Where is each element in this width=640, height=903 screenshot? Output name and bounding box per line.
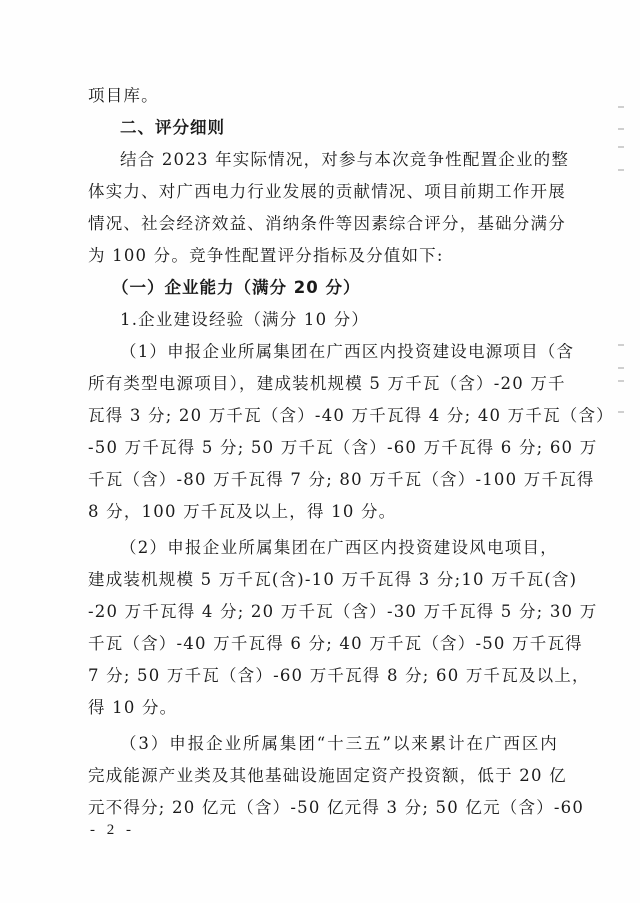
paragraph-line: -50 万千瓦得 5 分; 50 万千瓦（含）-60 万千瓦得 6 分; 60 …: [88, 438, 558, 458]
scan-artifact: [618, 411, 624, 413]
paragraph-line: -20 万千瓦得 4 分; 20 万千瓦（含）-30 万千瓦得 5 分; 30 …: [88, 602, 558, 622]
scan-artifact: [618, 367, 624, 369]
scan-artifact: [618, 146, 624, 148]
paragraph-line: （2）申报企业所属集团在广西区内投资建设风电项目，: [120, 538, 558, 558]
scan-artifact: [618, 106, 624, 108]
section-heading: 二、评分细则: [120, 118, 558, 138]
text-line: 项目库。: [88, 86, 558, 106]
paragraph-line: （1）申报企业所属集团在广西区内投资建设电源项目（含: [120, 342, 558, 362]
paragraph-line: 结合 2023 年实际情况，对参与本次竞争性配置企业的整: [120, 150, 558, 170]
paragraph-line: 瓦得 3 分; 20 万千瓦（含）-40 万千瓦得 4 分; 40 万千瓦（含）: [88, 406, 558, 426]
paragraph-line: （3）申报企业所属集团“十三五”以来累计在广西区内: [120, 734, 558, 754]
document-page: 项目库。 二、评分细则 结合 2023 年实际情况，对参与本次竞争性配置企业的整…: [0, 0, 640, 903]
scan-artifact: [618, 169, 624, 171]
paragraph-line: 体实力、对广西电力行业发展的贡献情况、项目前期工作开展: [88, 182, 558, 202]
scan-artifact: [618, 128, 624, 130]
paragraph-line: 8 分，100 万千瓦及以上，得 10 分。: [88, 502, 558, 522]
paragraph-line: 千瓦（含）-80 万千瓦得 7 分; 80 万千瓦（含）-100 万千瓦得: [88, 470, 558, 490]
page-number: - 2 -: [90, 822, 135, 839]
paragraph-line: 得 10 分。: [88, 698, 558, 718]
scan-artifact: [618, 344, 624, 346]
paragraph-line: 完成能源产业类及其他基础设施固定资产投资额，低于 20 亿: [88, 766, 558, 786]
paragraph-line: 所有类型电源项目），建成装机规模 5 万千瓦（含）-20 万千: [88, 374, 558, 394]
paragraph-line: 为 100 分。竞争性配置评分指标及分值如下:: [88, 246, 558, 266]
paragraph-line: 情况、社会经济效益、消纳条件等因素综合评分，基础分满分: [88, 214, 558, 234]
subsection-heading: （一）企业能力（满分 20 分）: [112, 278, 550, 298]
paragraph-line: 千瓦（含）-40 万千瓦得 6 分; 40 万千瓦（含）-50 万千瓦得: [88, 634, 558, 654]
paragraph-line: 元不得分; 20 亿元（含）-50 亿元得 3 分; 50 亿元（含）-60: [88, 798, 558, 818]
paragraph-line: 建成装机规模 5 万千瓦(含)-10 万千瓦得 3 分;10 万千瓦(含): [88, 570, 558, 590]
scan-artifact: [618, 380, 624, 382]
item-heading: 1.企业建设经验（满分 10 分）: [120, 310, 558, 330]
paragraph-line: 7 分; 50 万千瓦（含）-60 万千瓦得 8 分; 60 万千瓦及以上，: [88, 666, 558, 686]
